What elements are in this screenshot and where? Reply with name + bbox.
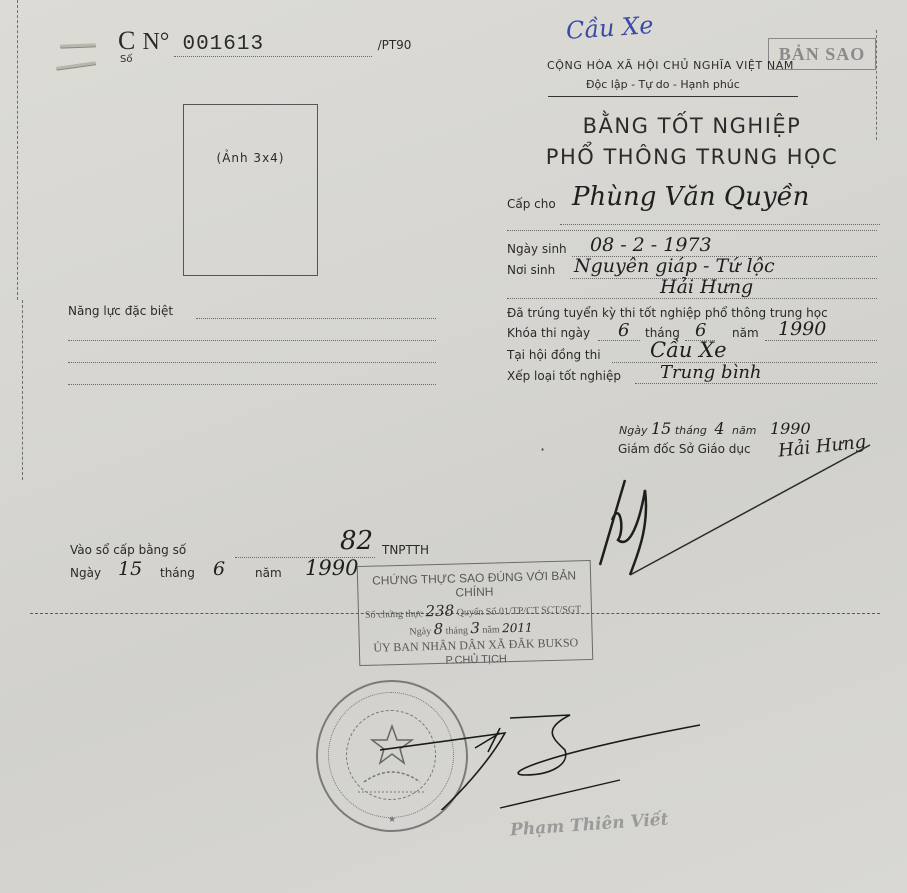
cert-no-label: Số chứng thực (365, 608, 423, 621)
cert-month: 3 (470, 619, 480, 637)
director-signature (580, 440, 900, 580)
svg-text:★: ★ (388, 815, 396, 825)
registry-month-label: tháng (160, 566, 195, 580)
header-underline (548, 96, 798, 97)
pob-value-line1: Nguyên giáp - Tứ lộc (574, 255, 775, 277)
exam-year-label: năm (732, 326, 759, 340)
registry-month: 6 (213, 558, 225, 580)
dotted-line (196, 318, 436, 319)
certificate-title-line2: PHỔ THÔNG TRUNG HỌC (507, 145, 877, 169)
special-ability-label: Năng lực đặc biệt (68, 304, 173, 318)
dotted-line (507, 230, 877, 231)
cert-heading: CHỨNG THỰC SAO ĐÚNG VỚI BẢN CHÍNH (358, 568, 591, 602)
margin-line (22, 300, 23, 480)
signing-year-label: năm (732, 424, 756, 437)
serial-number: 001613 (174, 33, 372, 57)
registry-year: 1990 (305, 556, 358, 580)
signing-year: 1990 (770, 419, 811, 438)
serial-suffix: /PT90 (378, 38, 412, 52)
signing-date-prefix: Ngày (619, 424, 647, 437)
cert-year: 2011 (502, 620, 533, 635)
registry-number: 82 (340, 526, 373, 556)
rank-label: Xếp loại tốt nghiệp (507, 369, 621, 383)
cert-no: 238 (425, 602, 454, 621)
dotted-line (68, 340, 436, 341)
handwritten-note: Cầu Xe (565, 11, 654, 45)
dob-label: Ngày sinh (507, 242, 567, 256)
cert-year-label: năm (482, 624, 500, 635)
national-motto: Độc lập - Tự do - Hạnh phúc (586, 78, 740, 91)
photo-label: (Ảnh 3x4) (184, 151, 317, 165)
dotted-line (68, 362, 436, 363)
pob-label: Nơi sinh (507, 263, 555, 277)
book-no: 01/TP/CT SCT/SGT (499, 604, 582, 617)
so-label: Số (120, 54, 132, 65)
exam-date-label: Khóa thi ngày (507, 326, 590, 340)
nation-heading: CỘNG HÒA XÃ HỘI CHỦ NGHĨA VIỆT NAM (547, 59, 794, 72)
serial-number-block: C Số N° 001613 /PT90 (118, 26, 411, 57)
exam-year: 1990 (778, 318, 826, 340)
series-letter: C (118, 26, 135, 55)
dotted-line (507, 298, 877, 299)
certification-stamp: CHỨNG THỰC SAO ĐÚNG VỚI BẢN CHÍNH Số chứ… (357, 560, 594, 666)
cert-day: 8 (433, 620, 443, 638)
cert-month-label: tháng (446, 625, 468, 637)
dotted-line (68, 384, 436, 385)
exam-day: 6 (618, 320, 629, 341)
certificate-title-line1: BẰNG TỐT NGHIỆP (507, 114, 877, 138)
photo-placeholder: (Ảnh 3x4) (183, 104, 318, 276)
dotted-line (560, 224, 880, 225)
certifier-signature (380, 690, 710, 810)
recipient-label: Cấp cho (507, 197, 556, 211)
recipient-name: Phùng Văn Quyền (572, 182, 809, 212)
dotted-line (635, 383, 877, 384)
registry-suffix: TNPTTH (382, 543, 429, 557)
signatory-name: Phạm Thiên Viết (509, 809, 669, 840)
registry-date-prefix: Ngày (70, 566, 101, 580)
signing-day: 15 (651, 419, 671, 438)
staple-mark (56, 61, 96, 70)
dob-value: 08 - 2 - 1973 (590, 234, 712, 256)
rank-value: Trung bình (660, 362, 762, 383)
margin-line (17, 0, 18, 300)
council-value: Cầu Xe (650, 338, 727, 362)
ink-mark: · (540, 440, 545, 459)
signing-month: 4 (714, 419, 724, 438)
dotted-line (765, 340, 877, 341)
registry-label: Vào sổ cấp bằng số (70, 543, 186, 557)
signing-date: Ngày 15 tháng 4 năm 1990 (619, 419, 811, 438)
pob-value-line2: Hải Hưng (660, 276, 753, 298)
registry-day: 15 (118, 558, 142, 580)
signing-month-label: tháng (675, 424, 707, 437)
staple-mark (60, 43, 96, 47)
cert-date-label: Ngày (409, 626, 431, 638)
book-label: Quyển Số (457, 606, 497, 618)
council-label: Tại hội đồng thi (507, 348, 601, 362)
no-label: N° (142, 29, 169, 55)
registry-year-label: năm (255, 566, 282, 580)
